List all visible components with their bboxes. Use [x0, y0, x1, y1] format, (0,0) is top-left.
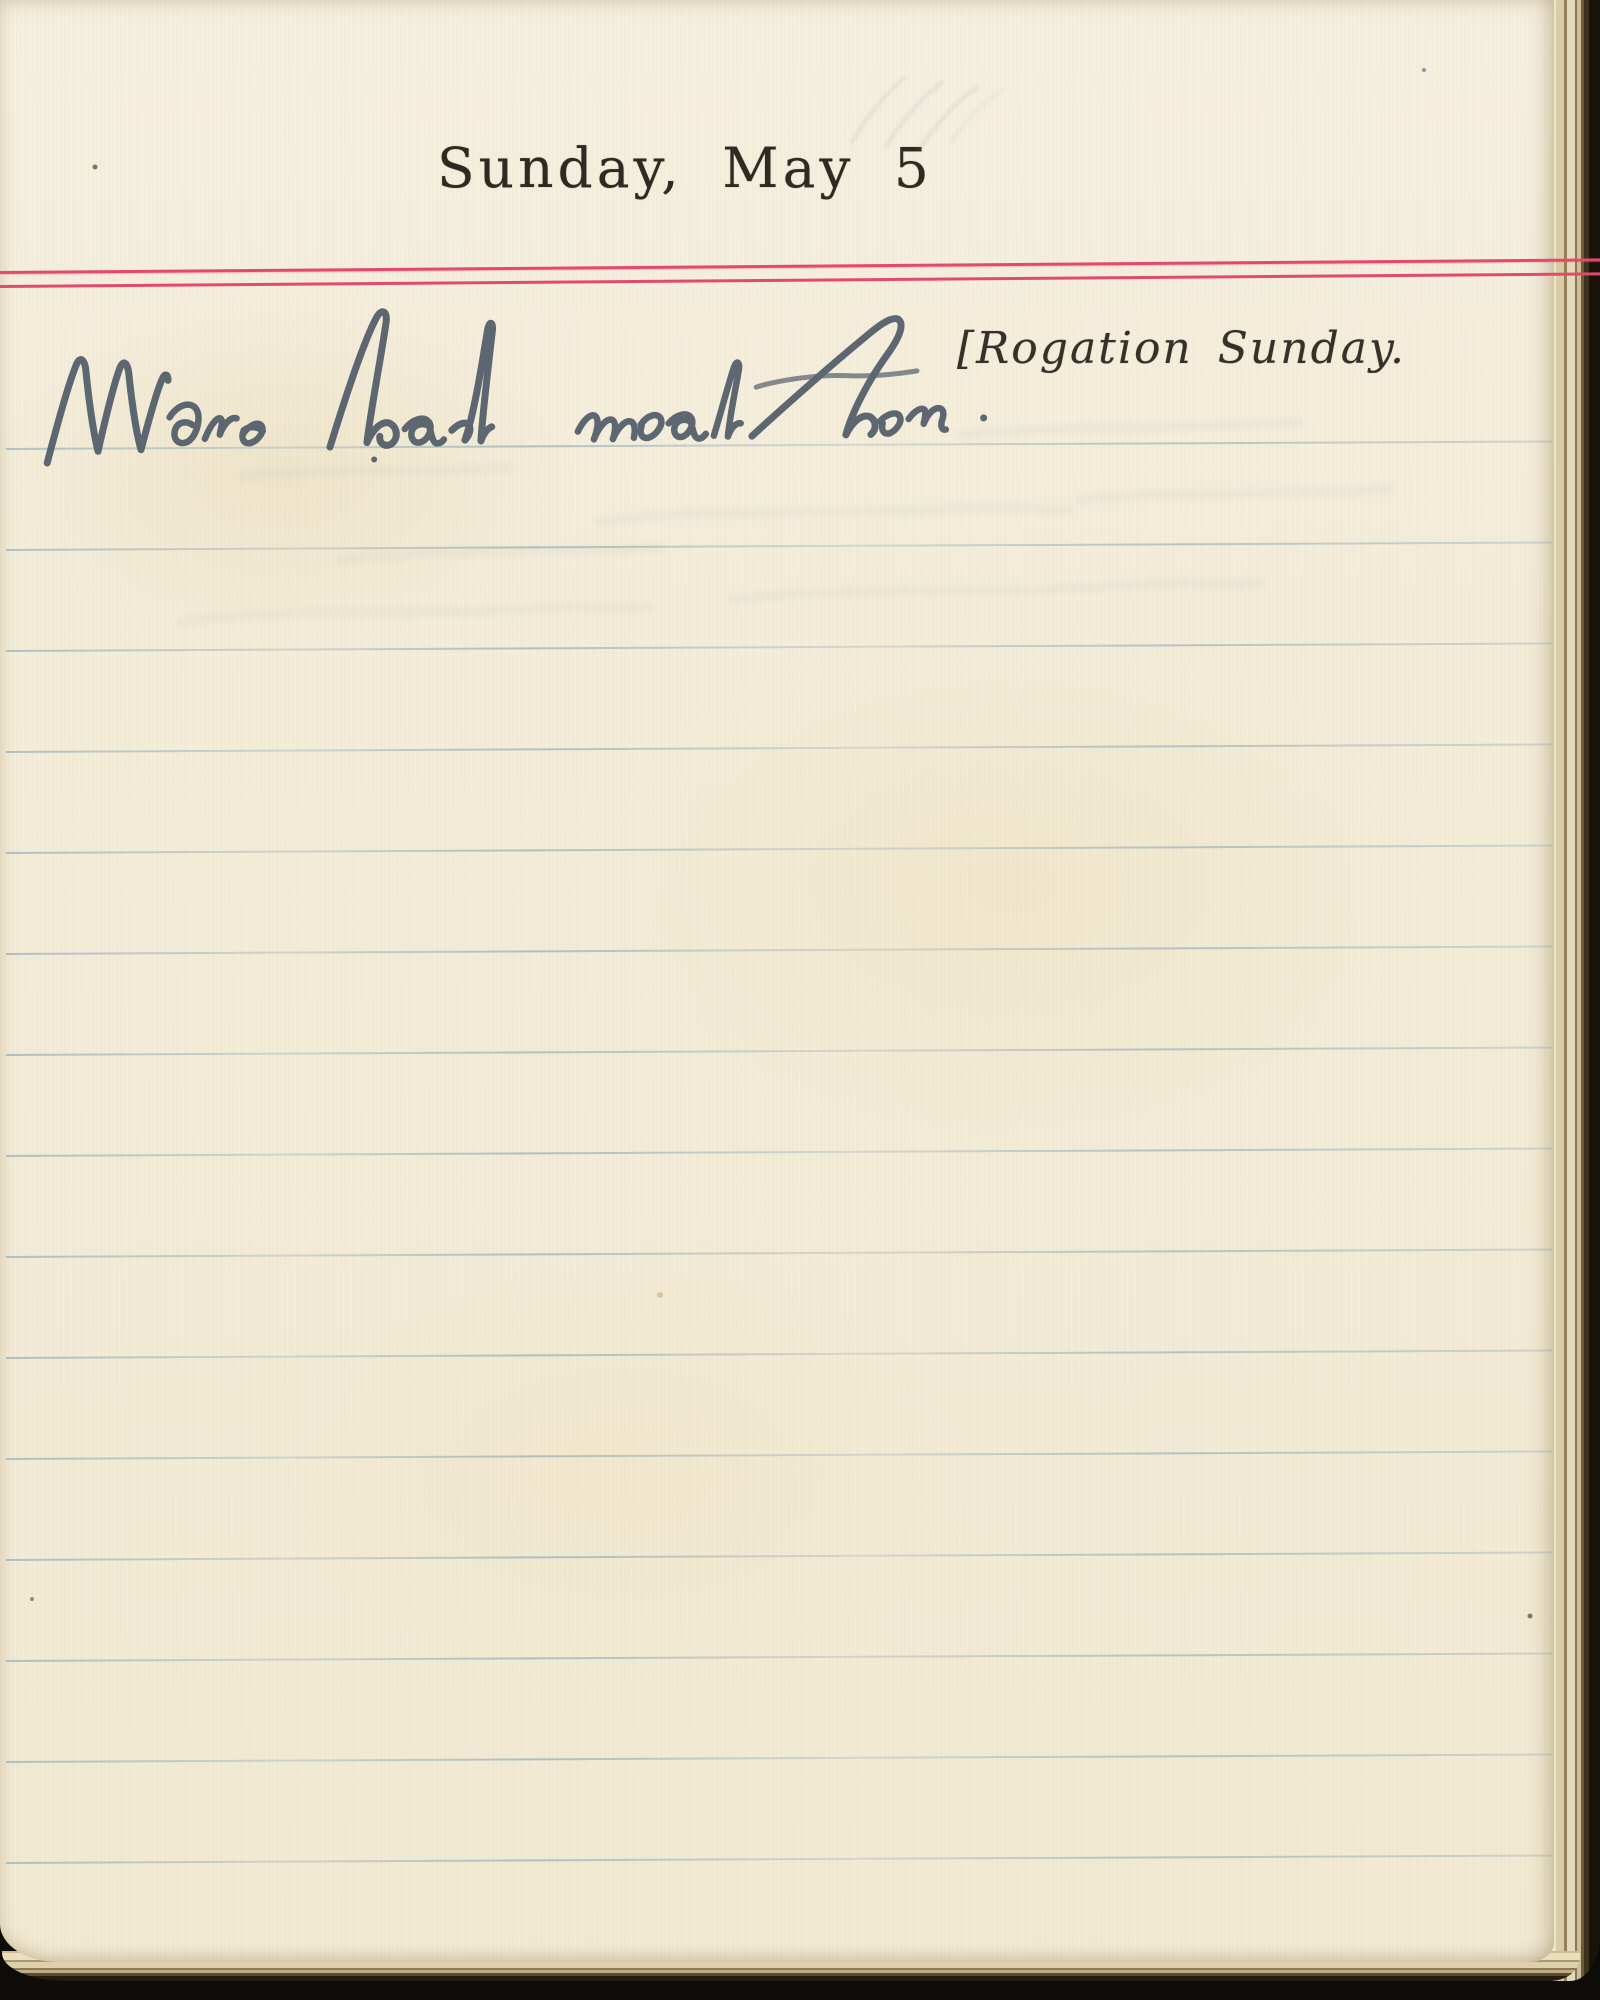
diary-page: Sunday, May 5 [Rogation Sunday. More bad… — [0, 0, 1554, 1962]
ruled-line — [6, 743, 1552, 752]
ruled-line — [6, 1450, 1552, 1459]
diary-photo: Sunday, May 5 [Rogation Sunday. More bad… — [0, 0, 1600, 2000]
ruled-line — [6, 945, 1552, 954]
ruled-line — [6, 440, 1552, 449]
ruled-line — [6, 1753, 1552, 1762]
ruled-line — [6, 1248, 1552, 1257]
ruled-line — [6, 1349, 1552, 1358]
ruled-line — [6, 1854, 1552, 1863]
ruled-line — [6, 1046, 1552, 1055]
page-stack-right-edge — [1548, 0, 1600, 1981]
ruled-line — [6, 541, 1552, 550]
ruled-line — [6, 1652, 1552, 1661]
printed-note: [Rogation Sunday. — [957, 323, 1406, 374]
ruled-line — [6, 844, 1552, 853]
ruled-line — [6, 1147, 1552, 1156]
ruled-line — [6, 1551, 1552, 1560]
date-header: Sunday, May 5 — [437, 136, 933, 200]
ruled-line — [6, 642, 1552, 651]
